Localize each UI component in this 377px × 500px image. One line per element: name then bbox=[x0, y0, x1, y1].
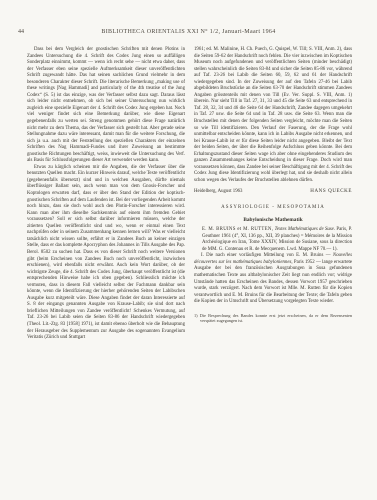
journal-page: 44 BIBLIOTHECA ORIENTALIS XXI N° 1/2, Ja… bbox=[0, 0, 377, 500]
review-signoff: Heidelberg, August 1963 HANS QUECKE bbox=[194, 189, 352, 196]
left-paragraph-2: Etwas zu kärglich scheinen mir die Angab… bbox=[27, 165, 185, 342]
article-heading: Babylonische Mathematik bbox=[194, 217, 352, 224]
signoff-place-date: Heidelberg, August 1963 bbox=[194, 189, 242, 196]
review-body-paragraph: I. Die nach einer vorläufigen Mitteilung… bbox=[194, 253, 352, 305]
left-column: Dass bei dem Vergleich der gnostischen S… bbox=[27, 47, 185, 342]
left-paragraph-1: Dass bei dem Vergleich der gnostischen S… bbox=[27, 47, 185, 165]
review-body-rest: , Paris 1952 — lange erwartete Ausgabe d… bbox=[194, 260, 352, 304]
running-head: BIBLIOTHECA ORIENTALIS XXI N° 1/2, Janua… bbox=[0, 29, 377, 36]
review-body-lead: I. Die nach einer vorläufigen Mitteilung… bbox=[201, 253, 333, 258]
signoff-author: HANS QUECKE bbox=[310, 189, 352, 196]
review-title: Textes Mathématiques de Suse. bbox=[273, 227, 335, 232]
review-citation: E. M. BRUINS et M. RUTTEN, Textes Mathém… bbox=[194, 227, 352, 253]
review-authors: E. M. BRUINS et M. RUTTEN, bbox=[202, 227, 273, 232]
review-footnote: 1) Die Besprechung des Bandes konnte ers… bbox=[194, 313, 352, 324]
section-heading: ASSYRIOLOGIE - MESOPOTAMIA bbox=[194, 205, 352, 212]
right-column: 1961; ed. M. Malinine, H. Ch. Puech, G. … bbox=[194, 47, 352, 342]
review-continuation-paragraph: 1961; ed. M. Malinine, H. Ch. Puech, G. … bbox=[194, 47, 352, 184]
two-column-body: Dass bei dem Vergleich der gnostischen S… bbox=[27, 47, 353, 342]
